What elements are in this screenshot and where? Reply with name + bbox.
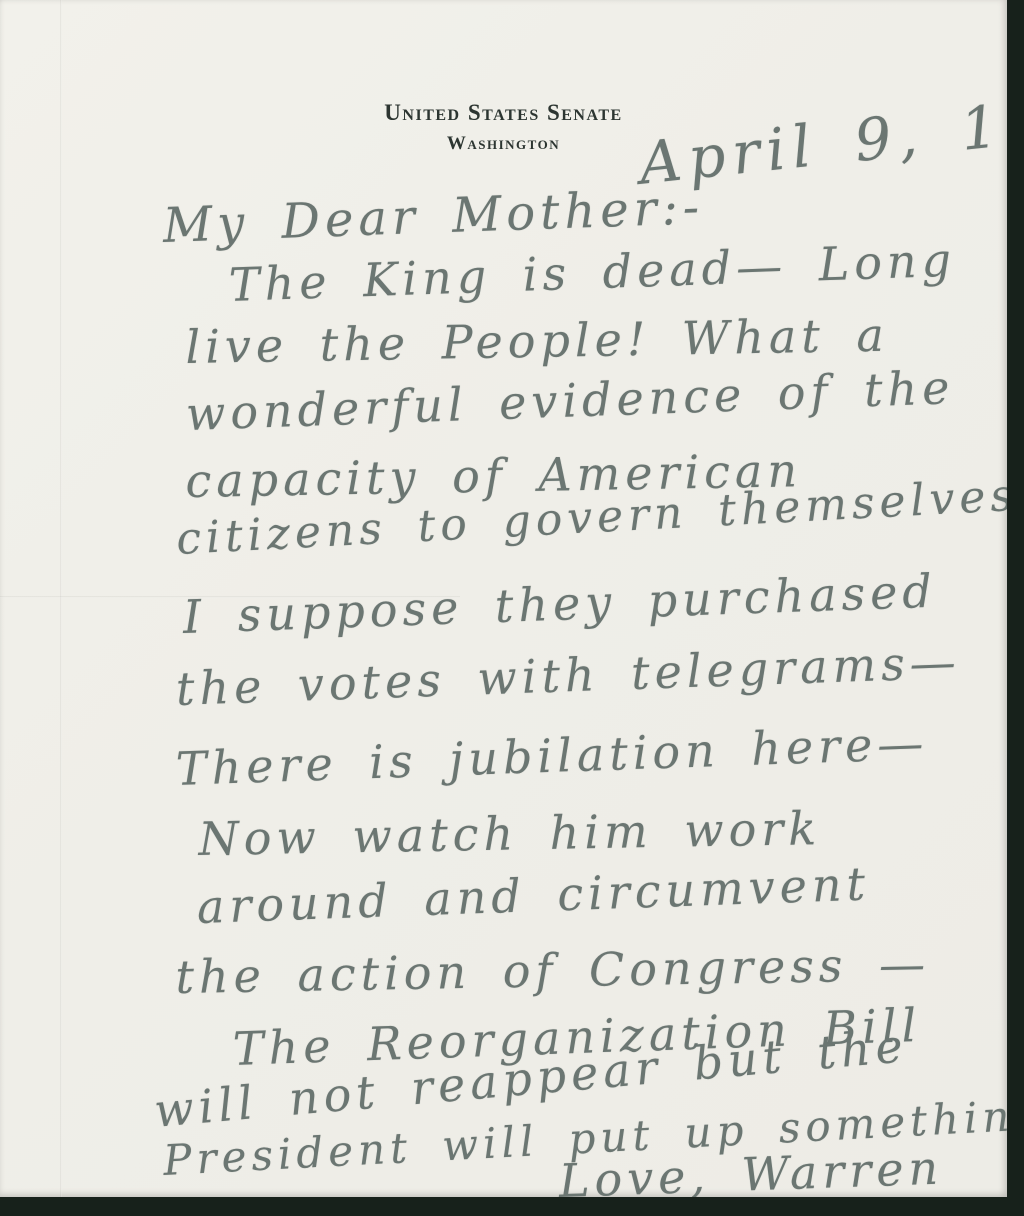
scanner-edge-bottom xyxy=(0,1197,1024,1216)
letter-line: Now watch him work xyxy=(198,801,822,866)
vertical-fold-crease xyxy=(60,0,62,1197)
scanner-edge-right xyxy=(1007,0,1024,1216)
letter-scan: United States Senate Washington April 9,… xyxy=(0,0,1024,1216)
